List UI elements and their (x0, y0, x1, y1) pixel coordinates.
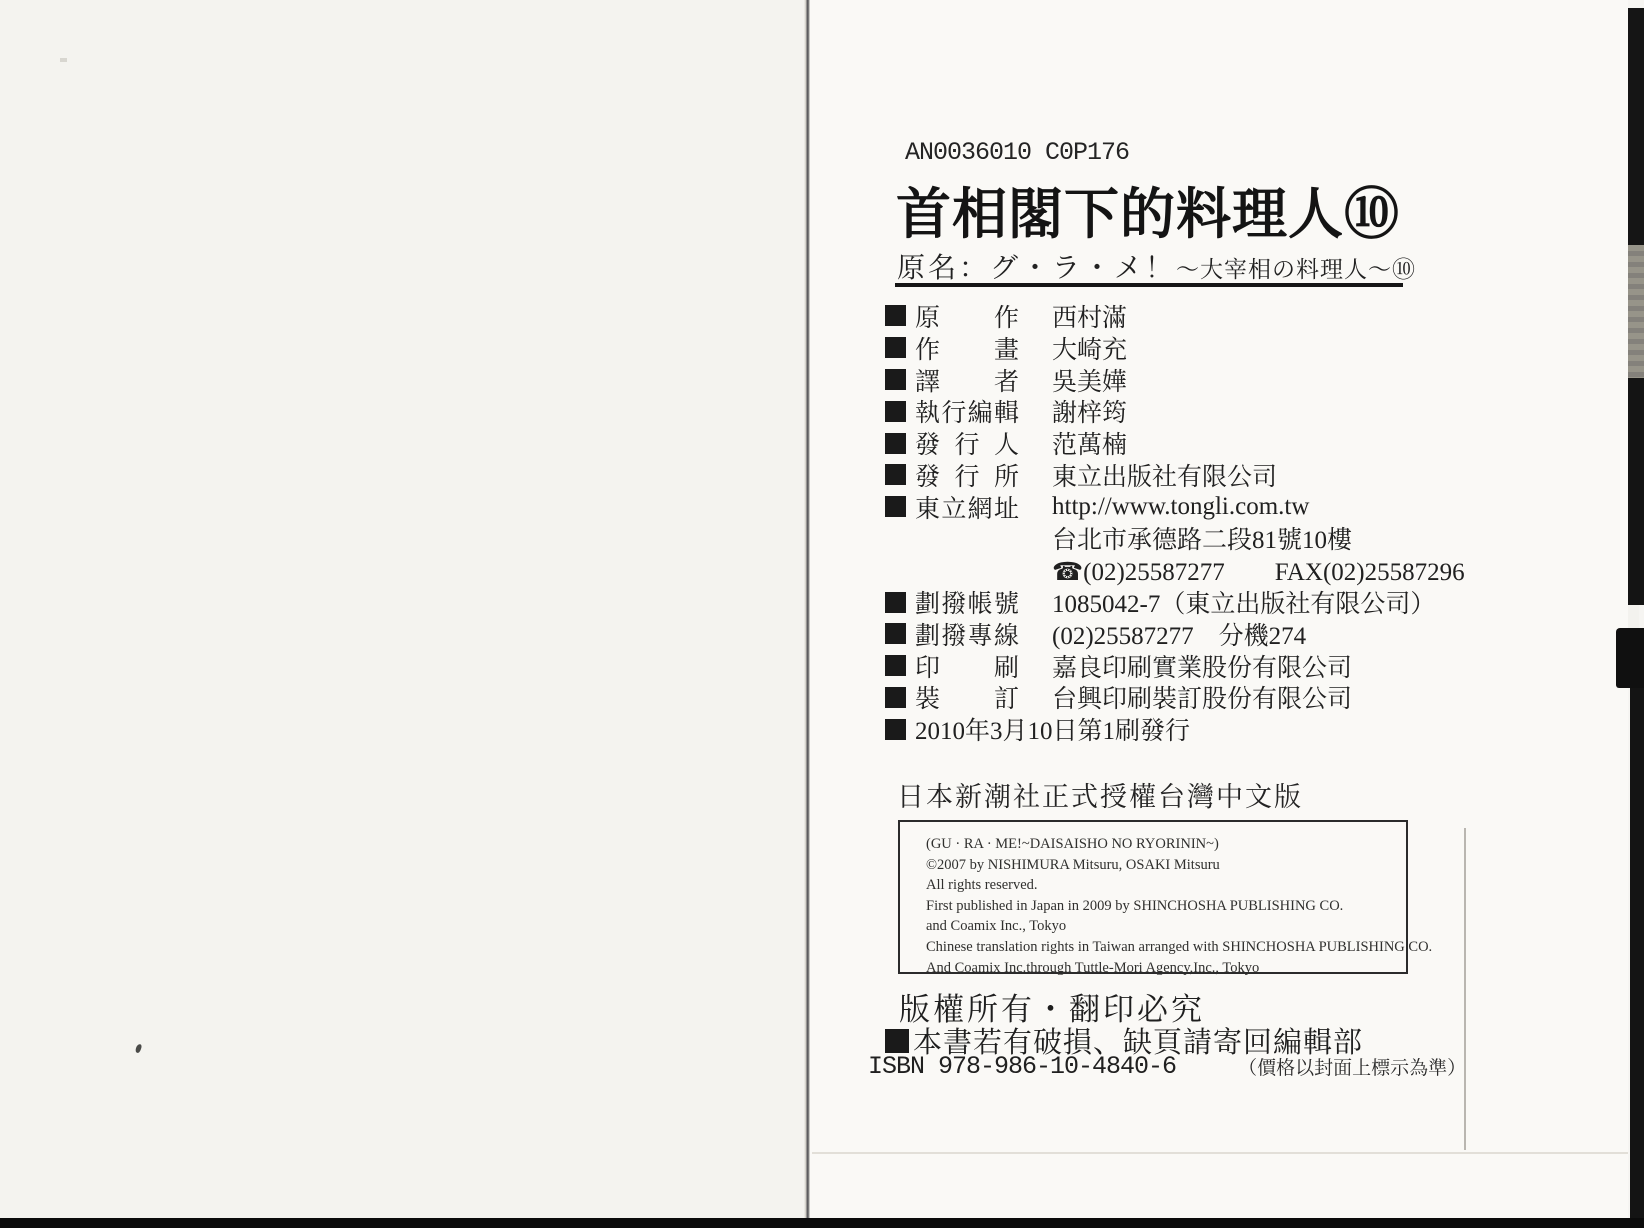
scan-edge-page-stack (1628, 245, 1644, 378)
book-scan-page: AN0036010 C0P176 首相閣下的料理人⑩ 原名：グ・ラ・メ！～大宰相… (0, 0, 1644, 1228)
credit-value: 東立出版社有限公司 (1052, 457, 1277, 493)
credit-label: 印刷 (915, 648, 1019, 684)
isbn: ISBN 978-986-10-4840-6 (868, 1052, 1176, 1081)
scan-edge-notch (1628, 605, 1639, 629)
credit-label: 裝訂 (915, 679, 1019, 715)
bullet-square-icon (885, 496, 906, 517)
page-bottom-edge (812, 1152, 1628, 1154)
credit-row: 劃撥專線(02)25587277 分機274 (885, 618, 1425, 650)
authorization-note: 日本新潮社正式授權台灣中文版 (897, 775, 1303, 814)
credit-label: 發行人 (915, 425, 1019, 461)
bullet-square-icon (885, 305, 906, 326)
credit-value: 大崎充 (1052, 330, 1127, 366)
credit-row: 原作西村滿 (885, 300, 1425, 332)
credit-label: 執行編輯 (915, 393, 1019, 429)
copyright-line: And Coamix Inc.through Tuttle-Mori Agenc… (926, 958, 1396, 979)
price-note: （價格以封面上標示為準） (1238, 1053, 1466, 1080)
bullet-square-icon (885, 719, 906, 740)
bullet-square-icon (885, 337, 906, 358)
credit-label: 東立網址 (915, 489, 1019, 525)
credit-value: 西村滿 (1052, 298, 1127, 334)
credit-row: 劃撥帳號1085042-7（東立出版社有限公司） (885, 586, 1425, 618)
copyright-line: Chinese translation rights in Taiwan arr… (926, 937, 1396, 958)
credit-row: 發行人范萬楠 (885, 427, 1425, 459)
credit-value: 范萬楠 (1052, 425, 1127, 461)
product-code: AN0036010 C0P176 (905, 138, 1129, 167)
credit-row: 譯者吳美嬅 (885, 364, 1425, 396)
credit-value: 嘉良印刷實業股份有限公司 (1052, 648, 1352, 684)
original-title: 原名：グ・ラ・メ！～大宰相の料理人～⑩ (897, 246, 1416, 286)
credit-value: 2010年3月10日第1刷發行 (915, 711, 1190, 747)
scan-speck (60, 58, 67, 62)
credit-label: 作畫 (915, 330, 1019, 366)
bullet-square-icon (885, 623, 906, 644)
credit-label: 譯者 (915, 362, 1019, 398)
credit-value: 台北市承德路二段81號10樓 (1052, 520, 1352, 556)
credit-label: 發行所 (915, 457, 1019, 493)
bullet-square-icon (885, 655, 906, 676)
isbn-row: ISBN 978-986-10-4840-6 （價格以封面上標示為準） (868, 1052, 1466, 1081)
left-blank-page (0, 0, 806, 1228)
copyright-line: All rights reserved. (926, 875, 1396, 896)
bullet-square-icon (885, 1029, 909, 1053)
credit-row: 印刷嘉良印刷實業股份有限公司 (885, 650, 1425, 682)
scan-edge-strip (1628, 378, 1644, 605)
credit-row: 執行編輯謝梓筠 (885, 395, 1425, 427)
book-title: 首相閣下的料理人⑩ (896, 170, 1400, 249)
credit-value: 1085042-7（東立出版社有限公司） (1052, 584, 1435, 620)
title-divider-rule (895, 283, 1403, 287)
copyright-line: First published in Japan in 2009 by SHIN… (926, 896, 1396, 917)
credit-value: 吳美嬅 (1052, 362, 1127, 398)
credit-row: 台北市承德路二段81號10樓 (885, 523, 1425, 555)
copyright-line: ©2007 by NISHIMURA Mitsuru, OSAKI Mitsur… (926, 855, 1396, 876)
bullet-square-icon (885, 592, 906, 613)
page-crease-line (1464, 828, 1466, 1150)
scan-edge-strip (1630, 688, 1644, 1220)
bullet-square-icon (885, 687, 906, 708)
credit-row: 裝訂台興印刷裝訂股份有限公司 (885, 682, 1425, 714)
credit-label: 劃撥專線 (915, 616, 1019, 652)
credit-value: ☎(02)25587277 FAX(02)25587296 (1052, 552, 1465, 588)
copyright-line: and Coamix Inc., Tokyo (926, 916, 1396, 937)
bullet-square-icon (885, 464, 906, 485)
bullet-square-icon (885, 433, 906, 454)
original-title-main: 原名：グ・ラ・メ！ (897, 253, 1176, 284)
bullet-square-icon (885, 401, 906, 422)
credit-row: 2010年3月10日第1刷發行 (885, 713, 1425, 745)
credits-list: 原作西村滿作畫大崎充譯者吳美嬅執行編輯謝梓筠發行人范萬楠發行所東立出版社有限公司… (885, 300, 1425, 745)
credit-row: 作畫大崎充 (885, 332, 1425, 364)
copyright-line: (GU · RA · ME!~DAISAISHO NO RYORININ~) (926, 834, 1396, 855)
scan-edge-blob (1616, 628, 1644, 688)
copyright-box: (GU · RA · ME!~DAISAISHO NO RYORININ~)©2… (898, 820, 1408, 974)
scan-speck (135, 1043, 143, 1053)
credit-value: 台興印刷裝訂股份有限公司 (1052, 679, 1352, 715)
credit-value: (02)25587277 分機274 (1052, 616, 1306, 652)
bottom-scan-band (0, 1218, 1644, 1228)
credit-row: 東立網址http://www.tongli.com.tw (885, 491, 1425, 523)
credit-row: 發行所東立出版社有限公司 (885, 459, 1425, 491)
credit-value: 謝梓筠 (1052, 393, 1127, 429)
credit-row: ☎(02)25587277 FAX(02)25587296 (885, 554, 1425, 586)
original-title-suffix: ～大宰相の料理人～⑩ (1176, 257, 1416, 282)
bullet-square-icon (885, 369, 906, 390)
scan-edge-strip (1628, 8, 1644, 245)
credit-label: 原作 (915, 298, 1019, 334)
credit-label: 劃撥帳號 (915, 584, 1019, 620)
credit-value: http://www.tongli.com.tw (1052, 493, 1309, 521)
